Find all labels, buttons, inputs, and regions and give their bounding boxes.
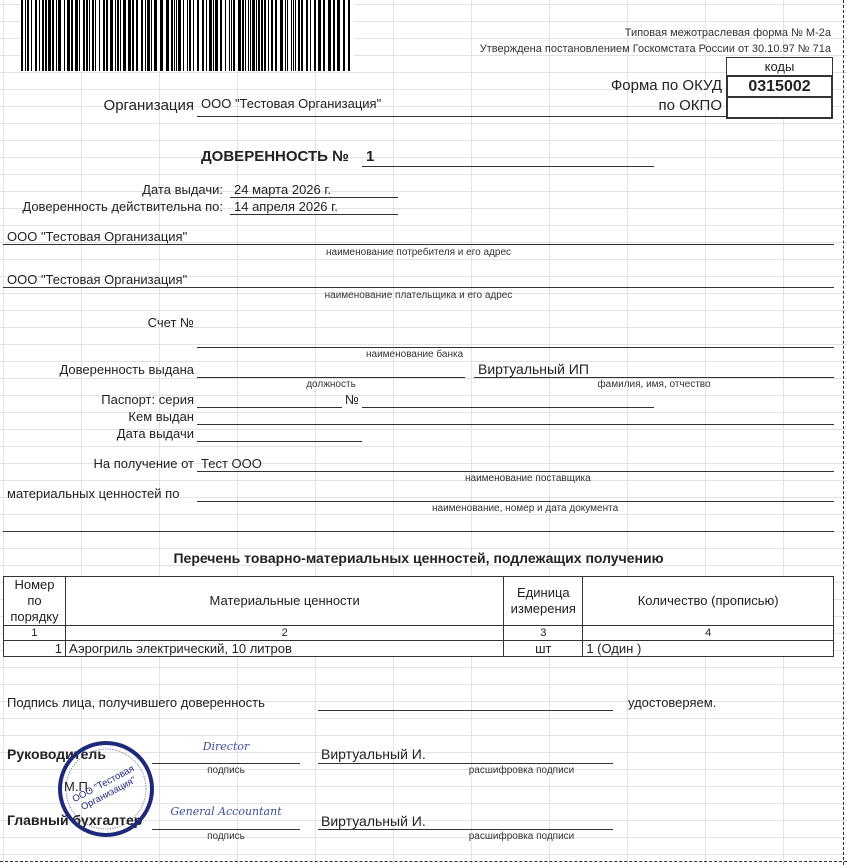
page-break-horizontal bbox=[0, 861, 847, 862]
issue-date-value[interactable]: 24 марта 2026 г. bbox=[234, 182, 331, 197]
okpo-label: по ОКПО bbox=[560, 97, 722, 114]
col-header-number: Номер по порядку bbox=[4, 577, 66, 626]
items-table-header: Номер по порядку Материальные ценности Е… bbox=[4, 577, 834, 626]
col-number-3: 3 bbox=[504, 626, 583, 641]
payer-caption: наименование плательщика и его адрес bbox=[3, 290, 834, 301]
issued-to-label: Доверенность выдана bbox=[30, 362, 194, 377]
accountant-name-caption: расшифровка подписи bbox=[318, 831, 725, 842]
passport-series-underline bbox=[197, 407, 342, 408]
valid-until-label: Доверенность действительна по: bbox=[10, 199, 223, 214]
col-header-name: Материальные ценности bbox=[65, 577, 503, 626]
position-underline bbox=[197, 377, 465, 378]
director-signature-line bbox=[152, 763, 300, 764]
issued-by-underline bbox=[197, 424, 834, 425]
payer-value[interactable]: ООО "Тестовая Организация" bbox=[7, 272, 187, 287]
col-number-4: 4 bbox=[583, 626, 834, 641]
col-number-2: 2 bbox=[65, 626, 503, 641]
company-stamp: ООО "Тестовая Организация" bbox=[57, 740, 155, 838]
col-header-quantity: Количество (прописью) bbox=[583, 577, 834, 626]
okud-label: Форма по ОКУД bbox=[560, 77, 722, 94]
recipient-signature-label: Подпись лица, получившего доверенность bbox=[7, 695, 265, 710]
receive-from-label: На получение от bbox=[30, 456, 194, 471]
document-title: ДОВЕРЕННОСТЬ № bbox=[201, 148, 349, 165]
organization-label: Организация bbox=[60, 97, 194, 114]
issue-date-underline bbox=[230, 197, 398, 198]
supplier-value[interactable]: Тест ООО bbox=[201, 456, 262, 471]
director-name-caption: расшифровка подписи bbox=[318, 765, 725, 776]
recipient-signature-line[interactable] bbox=[318, 710, 613, 711]
passport-date-label: Дата выдачи bbox=[30, 426, 194, 441]
accountant-signature: General Accountant bbox=[152, 805, 300, 818]
organization-underline bbox=[197, 116, 726, 117]
accountant-signature-line bbox=[152, 829, 300, 830]
row-item-name[interactable]: Аэрогриль электрический, 10 литров bbox=[65, 641, 503, 657]
row-quantity[interactable]: 1 (Один ) bbox=[583, 641, 834, 657]
okpo-code[interactable] bbox=[726, 98, 833, 119]
supplier-caption: наименование поставщика bbox=[465, 473, 591, 484]
issued-by-label: Кем выдан bbox=[30, 409, 194, 424]
document-ref-caption: наименование, номер и дата документа bbox=[432, 503, 618, 514]
col-header-unit: Единица измерения bbox=[504, 577, 583, 626]
consumer-underline bbox=[3, 244, 834, 245]
passport-series-label: Паспорт: серия bbox=[30, 392, 194, 407]
col-number-1: 1 bbox=[4, 626, 66, 641]
organization-value[interactable]: ООО "Тестовая Организация" bbox=[201, 96, 381, 111]
consumer-value[interactable]: ООО "Тестовая Организация" bbox=[7, 229, 187, 244]
certify-label: удостоверяем. bbox=[628, 695, 716, 710]
row-unit[interactable]: шт bbox=[504, 641, 583, 657]
accountant-name-line bbox=[318, 829, 613, 830]
passport-number-label: № bbox=[345, 392, 359, 407]
codes-box: коды 0315002 bbox=[726, 57, 833, 119]
row-number: 1 bbox=[4, 641, 66, 657]
valid-until-underline bbox=[230, 214, 398, 215]
issue-date-label: Дата выдачи: bbox=[60, 182, 223, 197]
valid-until-value[interactable]: 14 апреля 2026 г. bbox=[234, 199, 338, 214]
account-label: Счет № bbox=[60, 315, 194, 330]
values-by-label: материальных ценностей по bbox=[7, 486, 179, 501]
approval-text: Утверждена постановлением Госкомстата Ро… bbox=[430, 43, 831, 55]
director-signature: Director bbox=[152, 740, 300, 753]
items-table-title: Перечень товарно-материальных ценностей,… bbox=[3, 550, 834, 566]
form-type-text: Типовая межотраслевая форма № М-2а bbox=[430, 27, 831, 39]
okud-code[interactable]: 0315002 bbox=[726, 75, 833, 98]
document-number[interactable]: 1 bbox=[366, 148, 374, 165]
recipient-name-value[interactable]: Виртуальный ИП bbox=[478, 361, 589, 377]
items-table: Номер по порядку Материальные ценности Е… bbox=[3, 576, 834, 657]
extra-underline bbox=[3, 531, 834, 532]
table-row[interactable]: 1 Аэрогриль электрический, 10 литров шт … bbox=[4, 641, 834, 657]
document-number-underline bbox=[362, 166, 654, 167]
recipient-name-caption: фамилия, имя, отчество bbox=[474, 379, 834, 390]
position-caption: должность bbox=[197, 379, 465, 390]
codes-header: коды bbox=[726, 57, 833, 75]
consumer-caption: наименование потребителя и его адрес bbox=[3, 247, 834, 258]
payer-underline bbox=[3, 287, 834, 288]
items-table-column-numbers: 1 2 3 4 bbox=[4, 626, 834, 641]
supplier-underline bbox=[197, 471, 834, 472]
accountant-name[interactable]: Виртуальный И. bbox=[321, 813, 426, 829]
passport-date-underline bbox=[197, 441, 362, 442]
passport-number-underline bbox=[362, 407, 654, 408]
recipient-name-underline bbox=[474, 377, 834, 378]
director-name[interactable]: Виртуальный И. bbox=[321, 746, 426, 762]
bank-caption: наименование банка bbox=[366, 349, 463, 360]
document-ref-underline bbox=[197, 501, 834, 502]
page-break-vertical bbox=[843, 0, 844, 865]
director-name-line bbox=[318, 763, 613, 764]
barcode-image bbox=[21, 0, 354, 71]
director-signature-caption: подпись bbox=[152, 765, 300, 776]
accountant-signature-caption: подпись bbox=[152, 831, 300, 842]
bank-underline bbox=[197, 347, 834, 348]
